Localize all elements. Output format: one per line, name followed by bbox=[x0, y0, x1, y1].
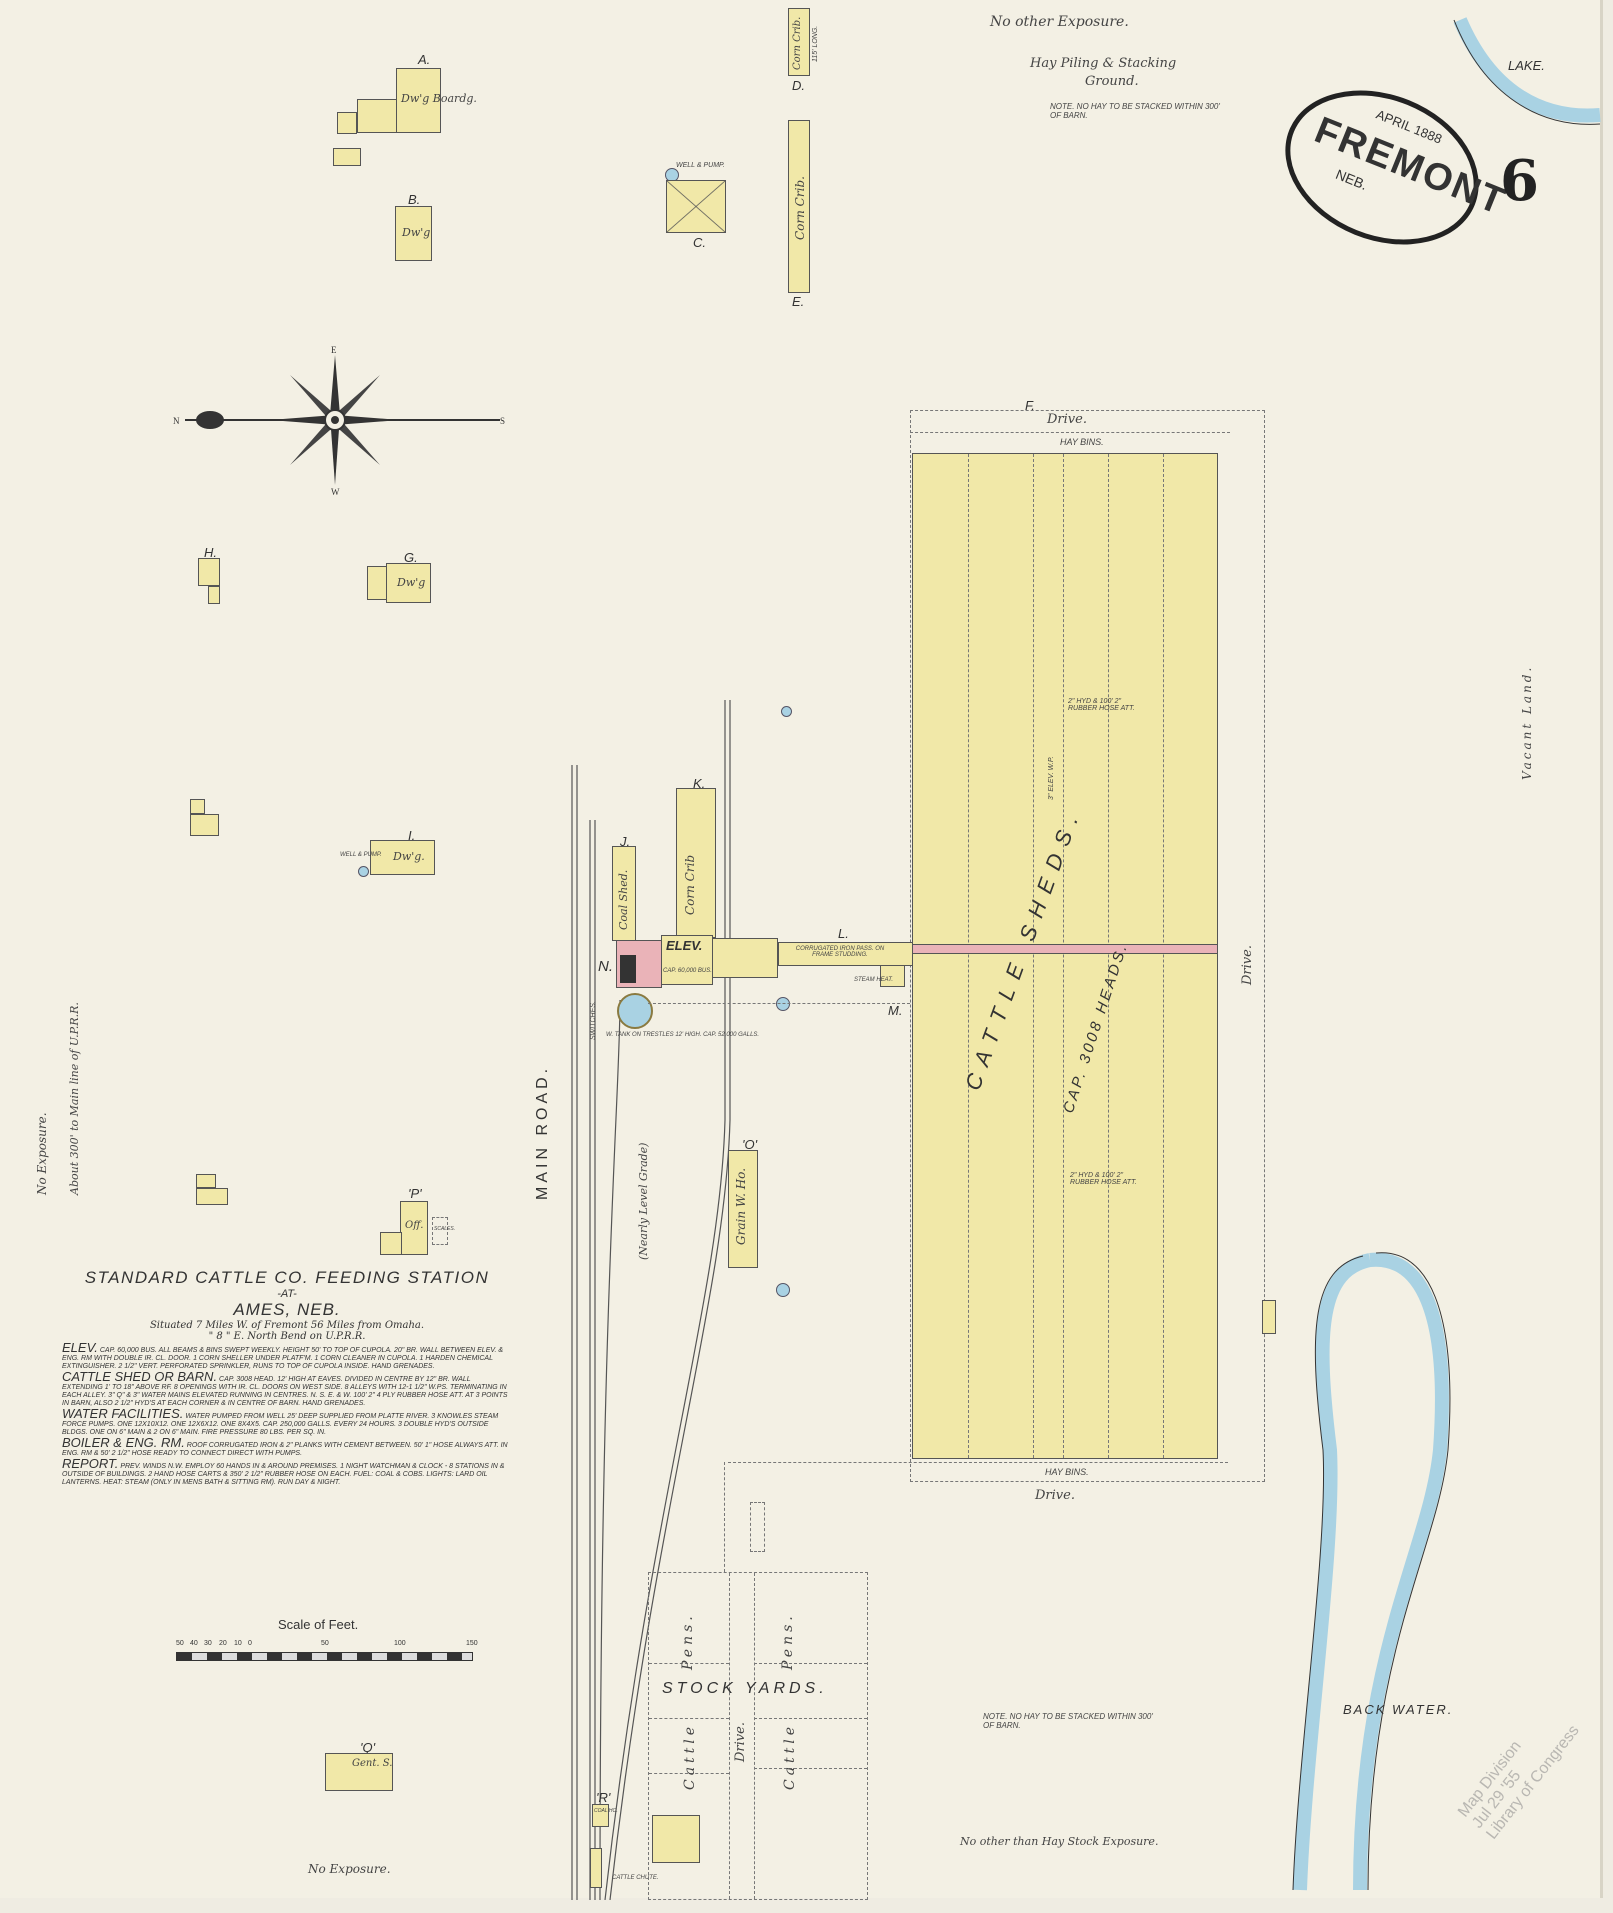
building-f-bottom-bins: HAY BINS. bbox=[1045, 1467, 1089, 1477]
map-legend: STANDARD CATTLE CO. FEEDING STATION -AT-… bbox=[62, 1268, 512, 1489]
brick-fire-wall bbox=[913, 944, 1217, 954]
bottom-left-exposure: No Exposure. bbox=[308, 1862, 391, 1876]
stock-drive-label: Drive. bbox=[733, 1722, 748, 1762]
hose-note-upper: 2" HYD & 100' 2" RUBBER HOSE ATT. bbox=[1068, 698, 1138, 712]
well-pump-icon bbox=[358, 866, 369, 877]
drive-right-label: Drive. bbox=[1240, 945, 1255, 985]
left-upr-note: About 300' to Main line of U.P.R.R. bbox=[68, 1002, 81, 1195]
building-h-wing bbox=[208, 586, 220, 604]
top-exposure-note: No other Exposure. bbox=[990, 14, 1129, 30]
building-p-key: 'P' bbox=[408, 1186, 422, 1201]
building-n-key: N. bbox=[598, 958, 613, 975]
building-b-label: Dw'g bbox=[402, 226, 430, 239]
building-f-cattle-shed[interactable] bbox=[912, 453, 1218, 1459]
building-unlabeled-left-wing bbox=[190, 814, 219, 836]
building-d-key: D. bbox=[792, 78, 805, 93]
yard-boundary bbox=[728, 1462, 1228, 1463]
building-e-label: Corn Crib. bbox=[793, 176, 807, 240]
svg-text:E: E bbox=[331, 345, 337, 355]
building-i-label: Dw'g. bbox=[393, 850, 425, 863]
elevator-label: ELEV. bbox=[666, 938, 702, 953]
building-unlabeled-left[interactable] bbox=[190, 799, 205, 814]
building-a-label: Dw'g Boardg. bbox=[401, 92, 477, 105]
drive-divider bbox=[910, 432, 1230, 433]
building-f-drive-label: Drive. bbox=[1047, 412, 1087, 427]
building-p-label: Off. bbox=[405, 1220, 423, 1231]
building-k-label: Corn Crib bbox=[683, 855, 697, 915]
pens-label: Pens. bbox=[780, 1612, 796, 1670]
legend-section: BOILER & ENG. RM. Roof corrugated iron &… bbox=[62, 1439, 512, 1458]
building-p-note: SCALES. bbox=[434, 1226, 455, 1232]
building-a-outbuilding bbox=[333, 148, 361, 166]
hose-note-lower: 2" HYD & 100' 2" RUBBER HOSE ATT. bbox=[1070, 1172, 1140, 1186]
building-a-wing-2 bbox=[337, 112, 357, 134]
building-c[interactable] bbox=[666, 180, 726, 233]
building-l-key: L. bbox=[838, 926, 849, 941]
stock-yards-label: STOCK YARDS. bbox=[662, 1680, 828, 1698]
building-c-key: C. bbox=[693, 235, 706, 250]
compass-rose: N S E W bbox=[170, 345, 510, 495]
scale-house bbox=[750, 1502, 765, 1552]
hydrant-icon bbox=[776, 997, 790, 1011]
cattle-label: Cattle bbox=[782, 1723, 798, 1790]
building-r-label: COAL HO. bbox=[594, 1808, 618, 1814]
legend-situated-2: " 8 " E. North Bend on U.P.R.R. bbox=[62, 1331, 512, 1342]
building-a-key: A. bbox=[418, 52, 430, 67]
stock-yards-shed[interactable] bbox=[652, 1815, 700, 1863]
cattle-label: Cattle bbox=[682, 1723, 698, 1790]
grade-note: (Nearly Level Grade) bbox=[637, 1143, 650, 1260]
switches-label: Switches. bbox=[590, 1001, 597, 1040]
lake-label: LAKE. bbox=[1508, 58, 1545, 73]
boiler-icon bbox=[620, 955, 636, 983]
building-b-key: B. bbox=[408, 192, 420, 207]
building-r-key: 'R' bbox=[596, 1790, 610, 1805]
legend-section: ELEV. Cap. 60,000 Bus. All beams & bins … bbox=[62, 1344, 512, 1371]
hay-ground-label-2: Ground. bbox=[1085, 74, 1139, 89]
scale-bar bbox=[176, 1652, 473, 1661]
scale-title: Scale of Feet. bbox=[278, 1617, 358, 1632]
wp-label: 3" ELEV. W.P. bbox=[1048, 756, 1055, 800]
water-tank-label: W. TANK ON TRESTLES 12' HIGH. CAP. 52,00… bbox=[606, 1032, 759, 1038]
yard-boundary bbox=[724, 1462, 725, 1572]
small-outbuilding-east[interactable] bbox=[1262, 1300, 1276, 1334]
building-h[interactable] bbox=[198, 558, 220, 586]
water-tank-icon bbox=[617, 993, 653, 1029]
building-m-bath[interactable] bbox=[880, 965, 905, 987]
building-l-label: CORRUGATED IRON PASS. ON FRAME STUDDING. bbox=[790, 946, 890, 958]
building-p-wing bbox=[380, 1232, 402, 1255]
building-d-label: Corn Crib. bbox=[792, 17, 803, 70]
building-m-key: M. bbox=[888, 1003, 902, 1018]
legend-situated-1: Situated 7 Miles W. of Fremont 56 Miles … bbox=[62, 1320, 512, 1331]
legend-section: WATER FACILITIES. Water pumped from well… bbox=[62, 1410, 512, 1437]
building-unlabeled-p-west-wing bbox=[196, 1188, 228, 1205]
building-f-bottom-drive: Drive. bbox=[1035, 1488, 1075, 1503]
building-d-note: 115' LONG. bbox=[812, 26, 819, 62]
building-unlabeled-p-west[interactable] bbox=[196, 1174, 216, 1188]
note-bottom: NOTE. No hay to be stacked within 300' o… bbox=[983, 1712, 1153, 1730]
building-j-label: Coal Shed. bbox=[617, 870, 630, 930]
main-road-label: MAIN ROAD. bbox=[534, 1065, 552, 1200]
pens-label: Pens. bbox=[680, 1612, 696, 1670]
back-water-label: BACK WATER. bbox=[1343, 1702, 1453, 1717]
building-o-label: Grain W. Ho. bbox=[734, 1168, 748, 1245]
building-q-label: Gent. S. bbox=[352, 1758, 392, 1769]
legend-section: REPORT. Prev. winds N.W. Employ 60 hands… bbox=[62, 1460, 512, 1487]
elevator-capacity: CAP. 60,000 BUS. bbox=[663, 968, 712, 974]
building-c-note: WELL & PUMP. bbox=[676, 162, 725, 169]
hay-ground-label-1: Hay Piling & Stacking bbox=[1030, 56, 1176, 71]
building-f-hay-bins: HAY BINS. bbox=[1060, 437, 1104, 447]
hydrant-icon bbox=[781, 706, 792, 717]
left-exposure-note: No Exposure. bbox=[35, 1112, 49, 1195]
legend-section: CATTLE SHED or BARN. Cap. 3008 head. 12'… bbox=[62, 1373, 512, 1408]
building-m-heat: STEAM HEAT. bbox=[854, 977, 893, 983]
vacant-land-label: Vacant Land. bbox=[1520, 665, 1534, 780]
legend-at: -AT- bbox=[62, 1288, 512, 1300]
svg-text:W: W bbox=[331, 487, 340, 495]
legend-location: AMES, NEB. bbox=[62, 1300, 512, 1320]
platform bbox=[590, 1848, 602, 1888]
legend-title: STANDARD CATTLE CO. FEEDING STATION bbox=[62, 1268, 512, 1288]
back-water-river bbox=[1280, 1250, 1480, 1900]
compass-n: N bbox=[173, 416, 180, 426]
building-g-label: Dw'g bbox=[397, 576, 425, 589]
elevator-annex bbox=[712, 938, 778, 978]
svg-text:S: S bbox=[500, 416, 505, 426]
building-i-note: WELL & PUMP. bbox=[340, 852, 382, 858]
map-sheet: APRIL 1888 FREMONT NEB. 6 LAKE. No other… bbox=[0, 0, 1603, 1898]
bottom-exposure-note: No other than Hay Stock Exposure. bbox=[960, 1835, 1158, 1848]
building-g-wing bbox=[367, 566, 387, 600]
hydrant-icon bbox=[776, 1283, 790, 1297]
water-pipe bbox=[648, 1003, 910, 1004]
building-e-key: E. bbox=[792, 294, 804, 309]
sheet-number: 6 bbox=[1500, 148, 1539, 214]
building-a-wing bbox=[357, 99, 397, 133]
note-top: NOTE. No hay to be stacked within 300' o… bbox=[1050, 102, 1220, 120]
